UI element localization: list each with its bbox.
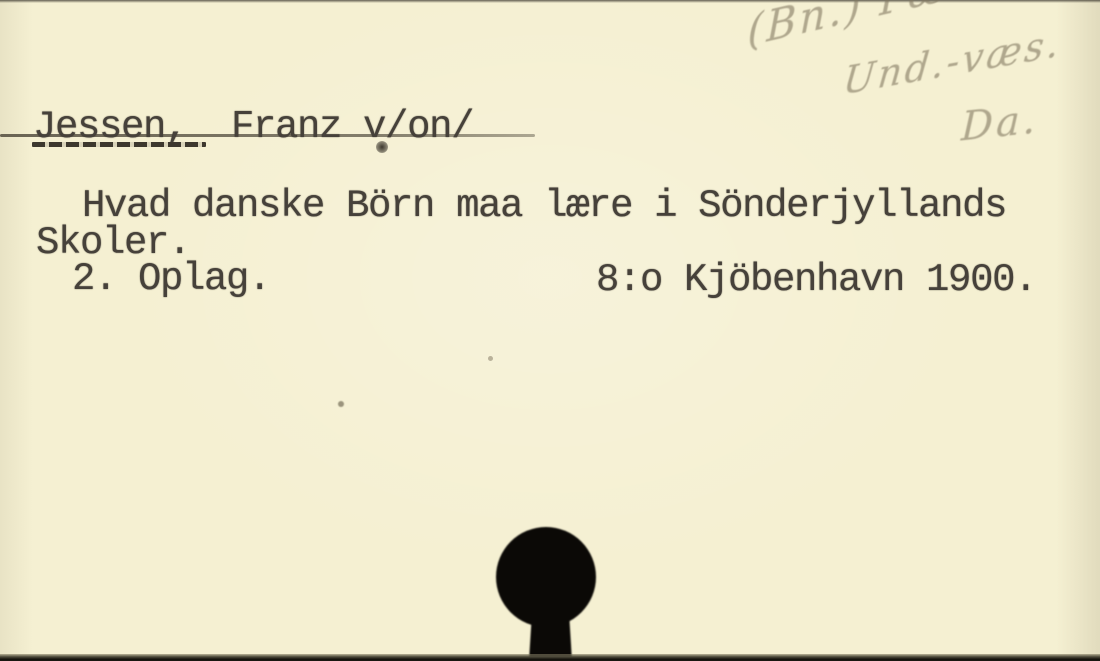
edition-note: 2. Oplag. [72, 260, 270, 299]
imprint-note: 8:o Kjöbenhavn 1900. [596, 261, 1036, 300]
catalog-card: (Bn.) Pædag. Und.-væs. Da. Jessen, Franz… [0, 0, 1100, 661]
paper-speck [338, 401, 344, 407]
paper-speck [488, 356, 493, 361]
ink-blot [376, 141, 388, 153]
title-line-1: Hvad danske Börn maa lære i Sönderjyllan… [82, 187, 1006, 226]
handwritten-subject-abbreviation: Und.-væs. [841, 20, 1064, 104]
scan-bottom-edge [0, 654, 1100, 661]
handwritten-language-code: Da. [960, 96, 1039, 151]
punch-hole-keyhole-icon [486, 520, 606, 661]
heading-underline [32, 142, 206, 147]
